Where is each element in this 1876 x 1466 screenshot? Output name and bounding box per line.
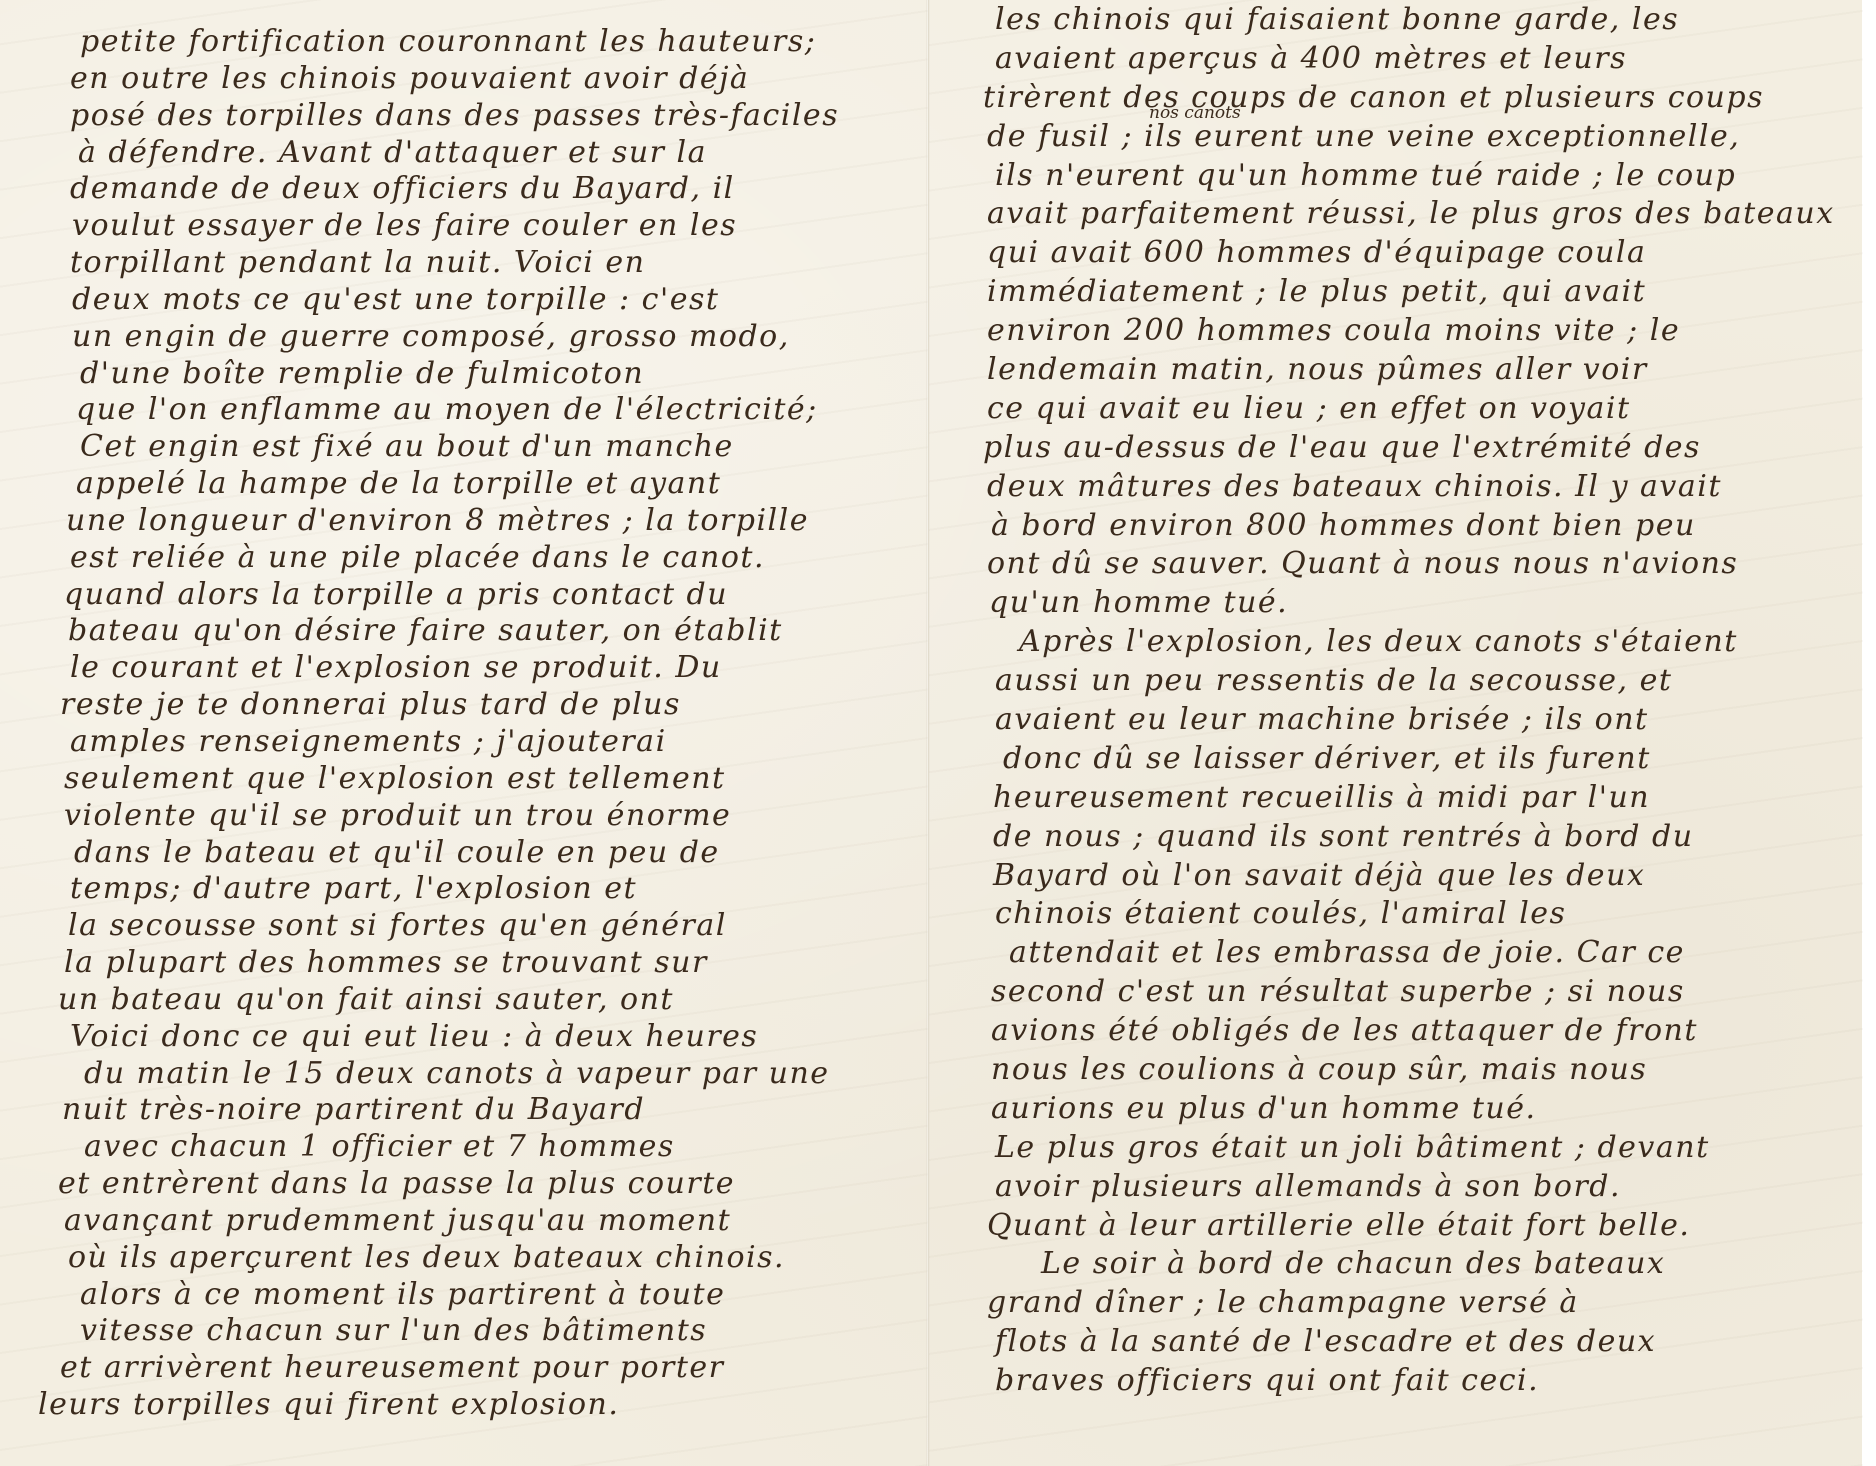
handwritten-line: petite fortification couronnant les haut…	[80, 22, 816, 62]
handwritten-line: avançant prudemment jusqu'au moment	[64, 1201, 731, 1241]
letter-spread: petite fortification couronnant les haut…	[0, 0, 1862, 1466]
handwritten-line: violente qu'il se produit un trou énorme	[64, 796, 731, 836]
handwritten-line: chinois étaient coulés, l'amiral les	[995, 894, 1566, 934]
left-page: petite fortification couronnant les haut…	[0, 0, 928, 1466]
handwritten-line: voulut essayer de les faire couler en le…	[72, 206, 737, 246]
handwritten-line: une longueur d'environ 8 mètres ; la tor…	[66, 501, 809, 541]
handwritten-line: de nous ; quand ils sont rentrés à bord …	[993, 817, 1694, 857]
handwritten-line: du matin le 15 deux canots à vapeur par …	[84, 1054, 830, 1094]
right-page: les chinois qui faisaient bonne garde, l…	[928, 0, 1863, 1466]
handwritten-line: vitesse chacun sur l'un des bâtiments	[80, 1311, 707, 1351]
handwritten-line: leurs torpilles qui firent explosion.	[38, 1385, 619, 1425]
handwritten-line: environ 200 hommes coula moins vite ; le	[987, 311, 1680, 351]
handwritten-line: est reliée à une pile placée dans le can…	[70, 538, 765, 578]
handwritten-line: que l'on enflamme au moyen de l'électric…	[76, 390, 818, 430]
handwritten-line: en outre les chinois pouvaient avoir déj…	[70, 59, 749, 99]
handwritten-line: avec chacun 1 officier et 7 hommes	[84, 1127, 675, 1167]
handwritten-line: torpillant pendant la nuit. Voici en	[70, 243, 645, 283]
handwritten-line: et arrivèrent heureusement pour porter	[60, 1348, 725, 1388]
handwritten-line: les chinois qui faisaient bonne garde, l…	[995, 0, 1679, 40]
handwritten-line: deux mâtures des bateaux chinois. Il y a…	[987, 467, 1722, 507]
handwritten-line: quand alors la torpille a pris contact d…	[64, 575, 728, 615]
handwritten-line: Voici donc ce qui eut lieu : à deux heur…	[70, 1017, 758, 1057]
handwritten-line: heureusement recueillis à midi par l'un	[993, 778, 1650, 818]
handwritten-line: nous les coulions à coup sûr, mais nous	[991, 1050, 1647, 1090]
handwritten-line: ils n'eurent qu'un homme tué raide ; le …	[995, 156, 1736, 196]
handwritten-line: temps; d'autre part, l'explosion et	[70, 869, 637, 909]
handwritten-line: demande de deux officiers du Bayard, il	[70, 169, 735, 209]
handwritten-line: qu'un homme tué.	[989, 583, 1288, 623]
handwritten-line: qui avait 600 hommes d'équipage coula	[987, 233, 1646, 273]
handwritten-line: Le soir à bord de chacun des bateaux	[1041, 1244, 1665, 1284]
handwritten-line: plus au-dessus de l'eau que l'extrémité …	[983, 428, 1701, 468]
handwritten-line: d'une boîte remplie de fulmicoton	[80, 354, 644, 394]
handwritten-line: avions été obligés de les attaquer de fr…	[991, 1011, 1698, 1051]
handwritten-line: aurions eu plus d'un homme tué.	[991, 1089, 1536, 1129]
handwritten-line: la plupart des hommes se trouvant sur	[64, 943, 708, 983]
handwritten-line: avaient eu leur machine brisée ; ils ont	[995, 700, 1649, 740]
handwritten-line: nuit très-noire partirent du Bayard	[62, 1090, 645, 1130]
handwritten-line: ont dû se sauver. Quant à nous nous n'av…	[987, 544, 1738, 584]
handwritten-line: avait parfaitement réussi, le plus gros …	[987, 194, 1835, 234]
handwritten-line: le courant et l'explosion se produit. Du	[70, 648, 722, 688]
handwritten-line: un engin de guerre composé, grosso modo,	[72, 317, 790, 357]
handwritten-line: appelé la hampe de la torpille et ayant	[76, 464, 721, 504]
handwritten-line: de fusil ; ils eurent une veine exceptio…	[987, 117, 1740, 157]
handwritten-line: alors à ce moment ils partirent à toute	[80, 1275, 725, 1315]
handwritten-line: braves officiers qui ont fait ceci.	[995, 1361, 1539, 1401]
handwritten-line: Le plus gros était un joli bâtiment ; de…	[995, 1128, 1710, 1168]
handwritten-line: ce qui avait eu lieu ; en effet on voyai…	[987, 389, 1631, 429]
handwritten-line: Bayard où l'on savait déjà que les deux	[993, 856, 1645, 896]
handwritten-line: avaient aperçus à 400 mètres et leurs	[995, 39, 1627, 79]
handwritten-line: Après l'explosion, les deux canots s'éta…	[1019, 622, 1738, 662]
handwritten-line: aussi un peu ressentis de la secousse, e…	[995, 661, 1672, 701]
handwritten-line: reste je te donnerai plus tard de plus	[60, 685, 681, 725]
handwritten-line: où ils aperçurent les deux bateaux chino…	[68, 1238, 785, 1278]
handwritten-line: lendemain matin, nous pûmes aller voir	[987, 350, 1648, 390]
handwritten-line: flots à la santé de l'escadre et des deu…	[995, 1322, 1656, 1362]
handwritten-line: donc dû se laisser dériver, et ils furen…	[1003, 739, 1651, 779]
handwritten-line: un bateau qu'on fait ainsi sauter, ont	[58, 980, 674, 1020]
handwritten-line: la secousse sont si fortes qu'en général	[68, 906, 727, 946]
handwritten-line: second c'est un résultat superbe ; si no…	[991, 972, 1685, 1012]
handwritten-line: et entrèrent dans la passe la plus court…	[58, 1164, 735, 1204]
handwritten-line: immédiatement ; le plus petit, qui avait	[987, 272, 1646, 312]
handwritten-line: tirèrent des coups de canon et plusieurs…	[983, 78, 1764, 118]
handwritten-line: amples renseignements ; j'ajouterai	[70, 722, 667, 762]
handwritten-line: deux mots ce qu'est une torpille : c'est	[72, 280, 719, 320]
handwritten-line: posé des torpilles dans des passes très-…	[70, 96, 839, 136]
handwritten-line: à bord environ 800 hommes dont bien peu	[991, 506, 1696, 546]
handwritten-line: Quant à leur artillerie elle était fort …	[987, 1206, 1690, 1246]
handwritten-line: avoir plusieurs allemands à son bord.	[995, 1167, 1621, 1207]
handwritten-line: Cet engin est fixé au bout d'un manche	[80, 427, 734, 467]
handwritten-line: bateau qu'on désire faire sauter, on éta…	[68, 611, 783, 651]
handwritten-line: dans le bateau et qu'il coule en peu de	[74, 833, 720, 873]
handwritten-line: seulement que l'explosion est tellement	[64, 759, 726, 799]
handwritten-line: à défendre. Avant d'attaquer et sur la	[78, 133, 707, 173]
handwritten-line: grand dîner ; le champagne versé à	[987, 1283, 1579, 1323]
handwritten-line: attendait et les embrassa de joie. Car c…	[1009, 933, 1685, 973]
interlinear-note: nos canots	[1149, 103, 1241, 123]
